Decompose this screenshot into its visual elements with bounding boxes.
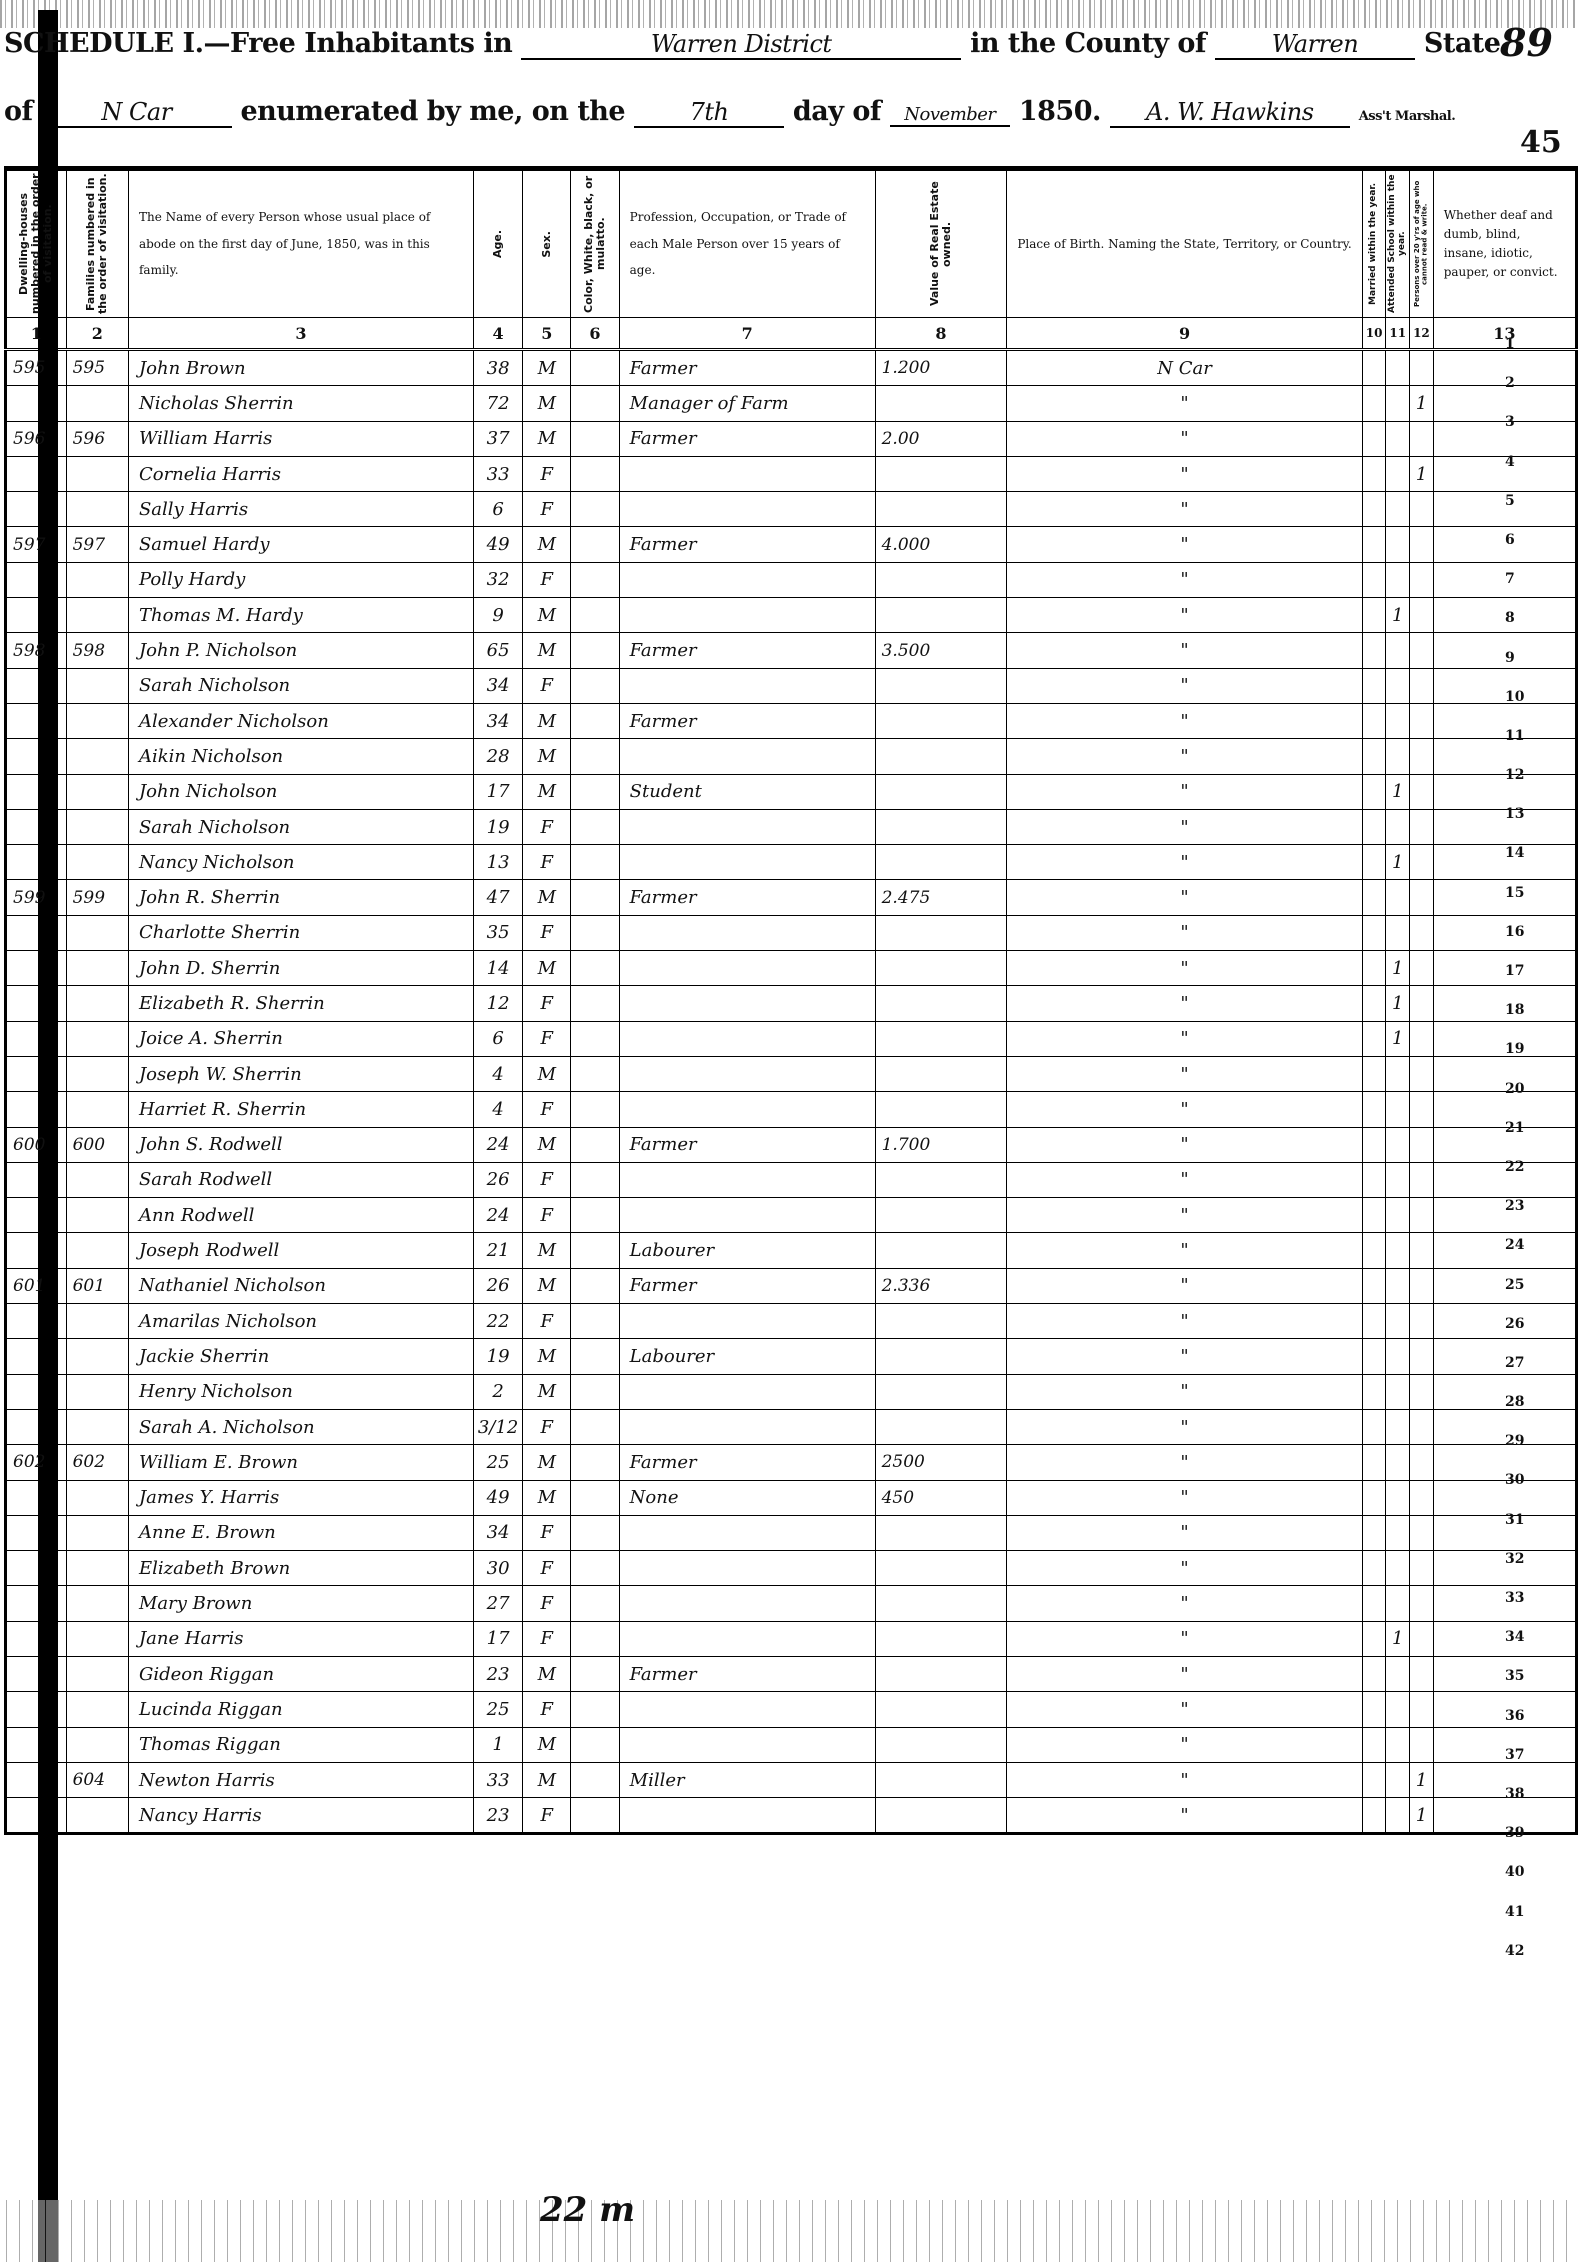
- dwelling-number-cell: 601: [6, 1268, 67, 1303]
- sex-cell: M: [523, 1727, 571, 1762]
- cannot-read-write-cell: [1410, 1621, 1434, 1656]
- family-number-cell: 595: [66, 350, 128, 386]
- cannot-read-write-cell: [1410, 1515, 1434, 1550]
- color-cell: [571, 845, 619, 880]
- family-number-cell: 597: [66, 527, 128, 562]
- cannot-read-write-cell: [1410, 1480, 1434, 1515]
- birthplace-cell: ": [1007, 915, 1363, 950]
- married-within-year-cell: [1362, 1515, 1386, 1550]
- table-row: Nancy Nicholson13F"1: [6, 845, 1577, 880]
- attended-school-cell: 1: [1386, 1621, 1410, 1656]
- line-number: 15: [1505, 874, 1545, 913]
- attended-school-cell: [1386, 1092, 1410, 1127]
- person-name-cell: Jackie Sherrin: [128, 1339, 473, 1374]
- sex-cell: F: [523, 1162, 571, 1197]
- dwelling-number-cell: 602: [6, 1445, 67, 1480]
- real-estate-value-cell: [875, 386, 1007, 421]
- dwelling-number-cell: [6, 1339, 67, 1374]
- family-number-cell: [66, 562, 128, 597]
- person-name-cell: Henry Nicholson: [128, 1374, 473, 1409]
- attended-school-cell: [1386, 1162, 1410, 1197]
- real-estate-value-cell: [875, 986, 1007, 1021]
- person-name-cell: Lucinda Riggan: [128, 1692, 473, 1727]
- cannot-read-write-cell: [1410, 1727, 1434, 1762]
- sex-cell: M: [523, 1127, 571, 1162]
- age-cell: 25: [473, 1692, 522, 1727]
- line-number: 3: [1505, 403, 1545, 442]
- table-row: Ann Rodwell24F": [6, 1198, 1577, 1233]
- table-row: Thomas M. Hardy9M"1: [6, 598, 1577, 633]
- table-row: Cornelia Harris33F"1: [6, 456, 1577, 491]
- dwelling-number-cell: [6, 703, 67, 738]
- family-number-cell: [66, 1798, 128, 1834]
- occupation-cell: [619, 986, 875, 1021]
- table-row: Nancy Harris23F"1: [6, 1798, 1577, 1834]
- printed-page-number: 45: [1520, 125, 1562, 160]
- married-within-year-cell: [1362, 1480, 1386, 1515]
- dwelling-number-cell: [6, 1021, 67, 1056]
- occupation-cell: Farmer: [619, 703, 875, 738]
- cannot-read-write-cell: [1410, 1198, 1434, 1233]
- sex-cell: M: [523, 1056, 571, 1091]
- line-number: 37: [1505, 1736, 1545, 1775]
- color-cell: [571, 703, 619, 738]
- sex-cell: M: [523, 1374, 571, 1409]
- occupation-cell: [619, 1092, 875, 1127]
- person-name-cell: Nancy Harris: [128, 1798, 473, 1834]
- age-cell: 23: [473, 1798, 522, 1834]
- person-name-cell: Charlotte Sherrin: [128, 915, 473, 950]
- cannot-read-write-cell: [1410, 1056, 1434, 1091]
- age-cell: 30: [473, 1551, 522, 1586]
- birthplace-cell: ": [1007, 1586, 1363, 1621]
- occupation-cell: None: [619, 1480, 875, 1515]
- col-num: 12: [1410, 318, 1434, 350]
- day-field: 7th: [634, 98, 784, 128]
- birthplace-cell: ": [1007, 598, 1363, 633]
- family-number-cell: [66, 668, 128, 703]
- color-cell: [571, 986, 619, 1021]
- age-cell: 9: [473, 598, 522, 633]
- cannot-read-write-cell: [1410, 1551, 1434, 1586]
- cannot-read-write-cell: [1410, 880, 1434, 915]
- table-row: 602602William E. Brown25MFarmer2500": [6, 1445, 1577, 1480]
- occupation-cell: [619, 456, 875, 491]
- occupation-cell: [619, 1621, 875, 1656]
- real-estate-value-cell: [875, 1304, 1007, 1339]
- birthplace-cell: ": [1007, 1551, 1363, 1586]
- line-number: 21: [1505, 1109, 1545, 1148]
- line-number: 32: [1505, 1540, 1545, 1579]
- cannot-read-write-cell: [1410, 915, 1434, 950]
- birthplace-cell: ": [1007, 421, 1363, 456]
- married-within-year-cell: [1362, 739, 1386, 774]
- color-cell: [571, 1021, 619, 1056]
- cannot-read-write-cell: [1410, 350, 1434, 386]
- occupation-cell: [619, 1798, 875, 1834]
- col-num: 2: [66, 318, 128, 350]
- color-cell: [571, 1798, 619, 1834]
- occupation-cell: [619, 739, 875, 774]
- dwelling-number-cell: [6, 1480, 67, 1515]
- line-number: 40: [1505, 1853, 1545, 1892]
- attended-school-cell: [1386, 1480, 1410, 1515]
- occupation-cell: Farmer: [619, 350, 875, 386]
- line-number: 6: [1505, 521, 1545, 560]
- cannot-read-write-cell: [1410, 1127, 1434, 1162]
- attended-school-cell: [1386, 527, 1410, 562]
- age-cell: 32: [473, 562, 522, 597]
- sex-cell: M: [523, 1339, 571, 1374]
- attended-school-cell: [1386, 668, 1410, 703]
- person-name-cell: Sarah Nicholson: [128, 668, 473, 703]
- birthplace-cell: ": [1007, 492, 1363, 527]
- table-row: Elizabeth R. Sherrin12F"1: [6, 986, 1577, 1021]
- attended-school-cell: [1386, 1409, 1410, 1444]
- sex-cell: F: [523, 1586, 571, 1621]
- table-row: Charlotte Sherrin35F": [6, 915, 1577, 950]
- table-row: 599599John R. Sherrin47MFarmer2.475": [6, 880, 1577, 915]
- table-row: Sally Harris6F": [6, 492, 1577, 527]
- real-estate-value-cell: 2.336: [875, 1268, 1007, 1303]
- person-name-cell: John Nicholson: [128, 774, 473, 809]
- col-num: 7: [619, 318, 875, 350]
- married-within-year-cell: [1362, 1727, 1386, 1762]
- sex-cell: F: [523, 1198, 571, 1233]
- table-row: 598598John P. Nicholson65MFarmer3.500": [6, 633, 1577, 668]
- table-row: 601601Nathaniel Nicholson26MFarmer2.336": [6, 1268, 1577, 1303]
- person-name-cell: John R. Sherrin: [128, 880, 473, 915]
- color-cell: [571, 1445, 619, 1480]
- age-cell: 22: [473, 1304, 522, 1339]
- occupation-cell: [619, 1515, 875, 1550]
- attended-school-cell: [1386, 1798, 1410, 1834]
- real-estate-value-cell: [875, 1515, 1007, 1550]
- dwelling-number-cell: [6, 1551, 67, 1586]
- table-row: Joseph Rodwell21MLabourer": [6, 1233, 1577, 1268]
- family-number-cell: [66, 598, 128, 633]
- attended-school-cell: 1: [1386, 774, 1410, 809]
- color-cell: [571, 1198, 619, 1233]
- birthplace-cell: ": [1007, 739, 1363, 774]
- color-cell: [571, 1551, 619, 1586]
- birthplace-cell: ": [1007, 1762, 1363, 1797]
- family-number-cell: [66, 1021, 128, 1056]
- table-row: Sarah Nicholson34F": [6, 668, 1577, 703]
- cannot-read-write-cell: [1410, 1162, 1434, 1197]
- census-table: Dwelling-houses numbered in the order of…: [4, 166, 1578, 1835]
- married-within-year-cell: [1362, 1021, 1386, 1056]
- color-cell: [571, 880, 619, 915]
- cannot-read-write-cell: [1410, 951, 1434, 986]
- table-row: Henry Nicholson2M": [6, 1374, 1577, 1409]
- family-number-cell: 599: [66, 880, 128, 915]
- sex-cell: M: [523, 1656, 571, 1691]
- age-cell: 13: [473, 845, 522, 880]
- col-family-header: Families numbered in the order of visita…: [66, 169, 128, 318]
- age-cell: 4: [473, 1092, 522, 1127]
- real-estate-value-cell: [875, 774, 1007, 809]
- person-name-cell: Nicholas Sherrin: [128, 386, 473, 421]
- birthplace-cell: ": [1007, 1127, 1363, 1162]
- real-estate-value-cell: 1.700: [875, 1127, 1007, 1162]
- birthplace-cell: ": [1007, 456, 1363, 491]
- person-name-cell: John S. Rodwell: [128, 1127, 473, 1162]
- state-label: State: [1424, 28, 1501, 59]
- attended-school-cell: [1386, 1268, 1410, 1303]
- color-cell: [571, 1162, 619, 1197]
- table-row: Jane Harris17F"1: [6, 1621, 1577, 1656]
- person-name-cell: John P. Nicholson: [128, 633, 473, 668]
- person-name-cell: Harriet R. Sherrin: [128, 1092, 473, 1127]
- color-cell: [571, 1304, 619, 1339]
- line-number: 18: [1505, 991, 1545, 1030]
- cannot-read-write-cell: [1410, 1268, 1434, 1303]
- person-name-cell: Joseph W. Sherrin: [128, 1056, 473, 1091]
- family-number-cell: 602: [66, 1445, 128, 1480]
- table-row: 597597Samuel Hardy49MFarmer4.000": [6, 527, 1577, 562]
- occupation-cell: Farmer: [619, 633, 875, 668]
- dwelling-number-cell: [6, 1621, 67, 1656]
- color-cell: [571, 1656, 619, 1691]
- dwelling-number-cell: [6, 739, 67, 774]
- age-cell: 2: [473, 1374, 522, 1409]
- person-name-cell: James Y. Harris: [128, 1480, 473, 1515]
- sex-cell: F: [523, 562, 571, 597]
- color-cell: [571, 774, 619, 809]
- cannot-read-write-cell: [1410, 774, 1434, 809]
- col-num: 1: [6, 318, 67, 350]
- married-within-year-cell: [1362, 1586, 1386, 1621]
- occupation-cell: Farmer: [619, 421, 875, 456]
- real-estate-value-cell: [875, 951, 1007, 986]
- color-cell: [571, 1409, 619, 1444]
- table-row: James Y. Harris49MNone450": [6, 1480, 1577, 1515]
- family-number-cell: [66, 1586, 128, 1621]
- line-numbers: 1234567891011121314151617181920212223242…: [1505, 325, 1545, 1971]
- birthplace-cell: ": [1007, 1656, 1363, 1691]
- occupation-cell: [619, 668, 875, 703]
- age-cell: 27: [473, 1586, 522, 1621]
- married-within-year-cell: [1362, 774, 1386, 809]
- line-number: 23: [1505, 1187, 1545, 1226]
- real-estate-value-cell: [875, 703, 1007, 738]
- color-cell: [571, 1056, 619, 1091]
- person-name-cell: John D. Sherrin: [128, 951, 473, 986]
- married-within-year-cell: [1362, 915, 1386, 950]
- married-within-year-cell: [1362, 1339, 1386, 1374]
- dwelling-number-cell: [6, 492, 67, 527]
- real-estate-value-cell: 450: [875, 1480, 1007, 1515]
- birthplace-cell: ": [1007, 845, 1363, 880]
- sex-cell: M: [523, 598, 571, 633]
- family-number-cell: [66, 1409, 128, 1444]
- birthplace-cell: ": [1007, 1692, 1363, 1727]
- married-within-year-cell: [1362, 1798, 1386, 1834]
- birthplace-cell: ": [1007, 1021, 1363, 1056]
- attended-school-cell: [1386, 703, 1410, 738]
- col-occupation-header: Profession, Occupation, or Trade of each…: [619, 169, 875, 318]
- age-cell: 21: [473, 1233, 522, 1268]
- married-within-year-cell: [1362, 1056, 1386, 1091]
- col-school-header: Attended School within the year.: [1386, 169, 1410, 318]
- sex-cell: F: [523, 1304, 571, 1339]
- real-estate-value-cell: [875, 845, 1007, 880]
- table-row: John D. Sherrin14M"1: [6, 951, 1577, 986]
- sex-cell: M: [523, 421, 571, 456]
- color-cell: [571, 456, 619, 491]
- table-row: 596596William Harris37MFarmer2.00": [6, 421, 1577, 456]
- married-within-year-cell: [1362, 633, 1386, 668]
- dwelling-number-cell: [6, 845, 67, 880]
- line-number: 12: [1505, 756, 1545, 795]
- attended-school-cell: [1386, 880, 1410, 915]
- handwritten-page-number: 89: [1500, 20, 1553, 65]
- line-number: 35: [1505, 1657, 1545, 1696]
- married-within-year-cell: [1362, 1268, 1386, 1303]
- sex-cell: M: [523, 1480, 571, 1515]
- col-birthplace-header: Place of Birth. Naming the State, Territ…: [1007, 169, 1363, 318]
- real-estate-value-cell: [875, 1233, 1007, 1268]
- color-cell: [571, 562, 619, 597]
- cannot-read-write-cell: [1410, 421, 1434, 456]
- birthplace-cell: ": [1007, 1409, 1363, 1444]
- family-number-cell: [66, 1304, 128, 1339]
- occupation-cell: Farmer: [619, 1268, 875, 1303]
- sex-cell: F: [523, 1409, 571, 1444]
- birthplace-cell: ": [1007, 668, 1363, 703]
- census-rows: 595595John Brown38MFarmer1.200N CarNicho…: [6, 350, 1577, 1834]
- person-name-cell: Sally Harris: [128, 492, 473, 527]
- table-row: 600600John S. Rodwell24MFarmer1.700": [6, 1127, 1577, 1162]
- attended-school-cell: [1386, 1304, 1410, 1339]
- col-illiterate-header: Persons over 20 y'rs of age who cannot r…: [1410, 169, 1434, 318]
- birthplace-cell: ": [1007, 1727, 1363, 1762]
- schedule-label: SCHEDULE I.—Free Inhabitants in: [4, 28, 512, 59]
- cannot-read-write-cell: [1410, 1409, 1434, 1444]
- cannot-read-write-cell: [1410, 1304, 1434, 1339]
- age-cell: 33: [473, 1762, 522, 1797]
- col-num: 3: [128, 318, 473, 350]
- attended-school-cell: [1386, 1445, 1410, 1480]
- color-cell: [571, 1268, 619, 1303]
- person-name-cell: John Brown: [128, 350, 473, 386]
- person-name-cell: Nancy Nicholson: [128, 845, 473, 880]
- sex-cell: F: [523, 1092, 571, 1127]
- person-name-cell: Thomas M. Hardy: [128, 598, 473, 633]
- attended-school-cell: [1386, 1056, 1410, 1091]
- attended-school-cell: 1: [1386, 598, 1410, 633]
- scan-noise-top: [0, 0, 1578, 28]
- cannot-read-write-cell: [1410, 1233, 1434, 1268]
- col-sex-header: Sex.: [523, 169, 571, 318]
- occupation-cell: Farmer: [619, 1445, 875, 1480]
- enumeration-line: of N Car enumerated by me, on the 7th da…: [4, 96, 1455, 128]
- birthplace-cell: N Car: [1007, 350, 1363, 386]
- real-estate-value-cell: [875, 1798, 1007, 1834]
- color-cell: [571, 1233, 619, 1268]
- married-within-year-cell: [1362, 1304, 1386, 1339]
- occupation-cell: [619, 1056, 875, 1091]
- color-cell: [571, 386, 619, 421]
- age-cell: 26: [473, 1268, 522, 1303]
- sex-cell: M: [523, 633, 571, 668]
- attended-school-cell: [1386, 1233, 1410, 1268]
- table-row: 595595John Brown38MFarmer1.200N Car: [6, 350, 1577, 386]
- attended-school-cell: [1386, 1692, 1410, 1727]
- person-name-cell: Nathaniel Nicholson: [128, 1268, 473, 1303]
- dwelling-number-cell: 597: [6, 527, 67, 562]
- married-within-year-cell: [1362, 668, 1386, 703]
- attended-school-cell: [1386, 809, 1410, 844]
- occupation-cell: Miller: [619, 1762, 875, 1797]
- sex-cell: F: [523, 1021, 571, 1056]
- cannot-read-write-cell: [1410, 1339, 1434, 1374]
- birthplace-cell: ": [1007, 1515, 1363, 1550]
- cannot-read-write-cell: 1: [1410, 386, 1434, 421]
- color-cell: [571, 1586, 619, 1621]
- attended-school-cell: [1386, 1339, 1410, 1374]
- real-estate-value-cell: [875, 492, 1007, 527]
- cannot-read-write-cell: [1410, 492, 1434, 527]
- sex-cell: M: [523, 386, 571, 421]
- person-name-cell: Joice A. Sherrin: [128, 1021, 473, 1056]
- cannot-read-write-cell: [1410, 809, 1434, 844]
- color-cell: [571, 739, 619, 774]
- col-age-header: Age.: [473, 169, 522, 318]
- age-cell: 19: [473, 809, 522, 844]
- county-field: Warren: [1215, 30, 1415, 60]
- sex-cell: F: [523, 915, 571, 950]
- sex-cell: M: [523, 774, 571, 809]
- attended-school-cell: [1386, 739, 1410, 774]
- table-row: Gideon Riggan23MFarmer": [6, 1656, 1577, 1691]
- person-name-cell: Amarilas Nicholson: [128, 1304, 473, 1339]
- birthplace-cell: ": [1007, 562, 1363, 597]
- sex-cell: F: [523, 1515, 571, 1550]
- line-number: 20: [1505, 1070, 1545, 1109]
- age-cell: 26: [473, 1162, 522, 1197]
- birthplace-cell: ": [1007, 809, 1363, 844]
- line-number: 19: [1505, 1030, 1545, 1069]
- real-estate-value-cell: 3.500: [875, 633, 1007, 668]
- table-row: Mary Brown27F": [6, 1586, 1577, 1621]
- sex-cell: F: [523, 809, 571, 844]
- cannot-read-write-cell: 1: [1410, 456, 1434, 491]
- line-number: 28: [1505, 1383, 1545, 1422]
- married-within-year-cell: [1362, 456, 1386, 491]
- table-row: Nicholas Sherrin72MManager of Farm"1: [6, 386, 1577, 421]
- family-number-cell: [66, 1233, 128, 1268]
- cannot-read-write-cell: [1410, 668, 1434, 703]
- occupation-cell: [619, 809, 875, 844]
- person-name-cell: Anne E. Brown: [128, 1515, 473, 1550]
- dwelling-number-cell: [6, 915, 67, 950]
- real-estate-value-cell: 4.000: [875, 527, 1007, 562]
- real-estate-value-cell: [875, 1727, 1007, 1762]
- attended-school-cell: [1386, 562, 1410, 597]
- color-cell: [571, 951, 619, 986]
- age-cell: 34: [473, 668, 522, 703]
- age-cell: 65: [473, 633, 522, 668]
- sex-cell: M: [523, 350, 571, 386]
- birthplace-cell: ": [1007, 386, 1363, 421]
- real-estate-value-cell: [875, 456, 1007, 491]
- line-number: 26: [1505, 1305, 1545, 1344]
- line-number: 25: [1505, 1266, 1545, 1305]
- attended-school-cell: [1386, 1374, 1410, 1409]
- occupation-cell: [619, 1551, 875, 1586]
